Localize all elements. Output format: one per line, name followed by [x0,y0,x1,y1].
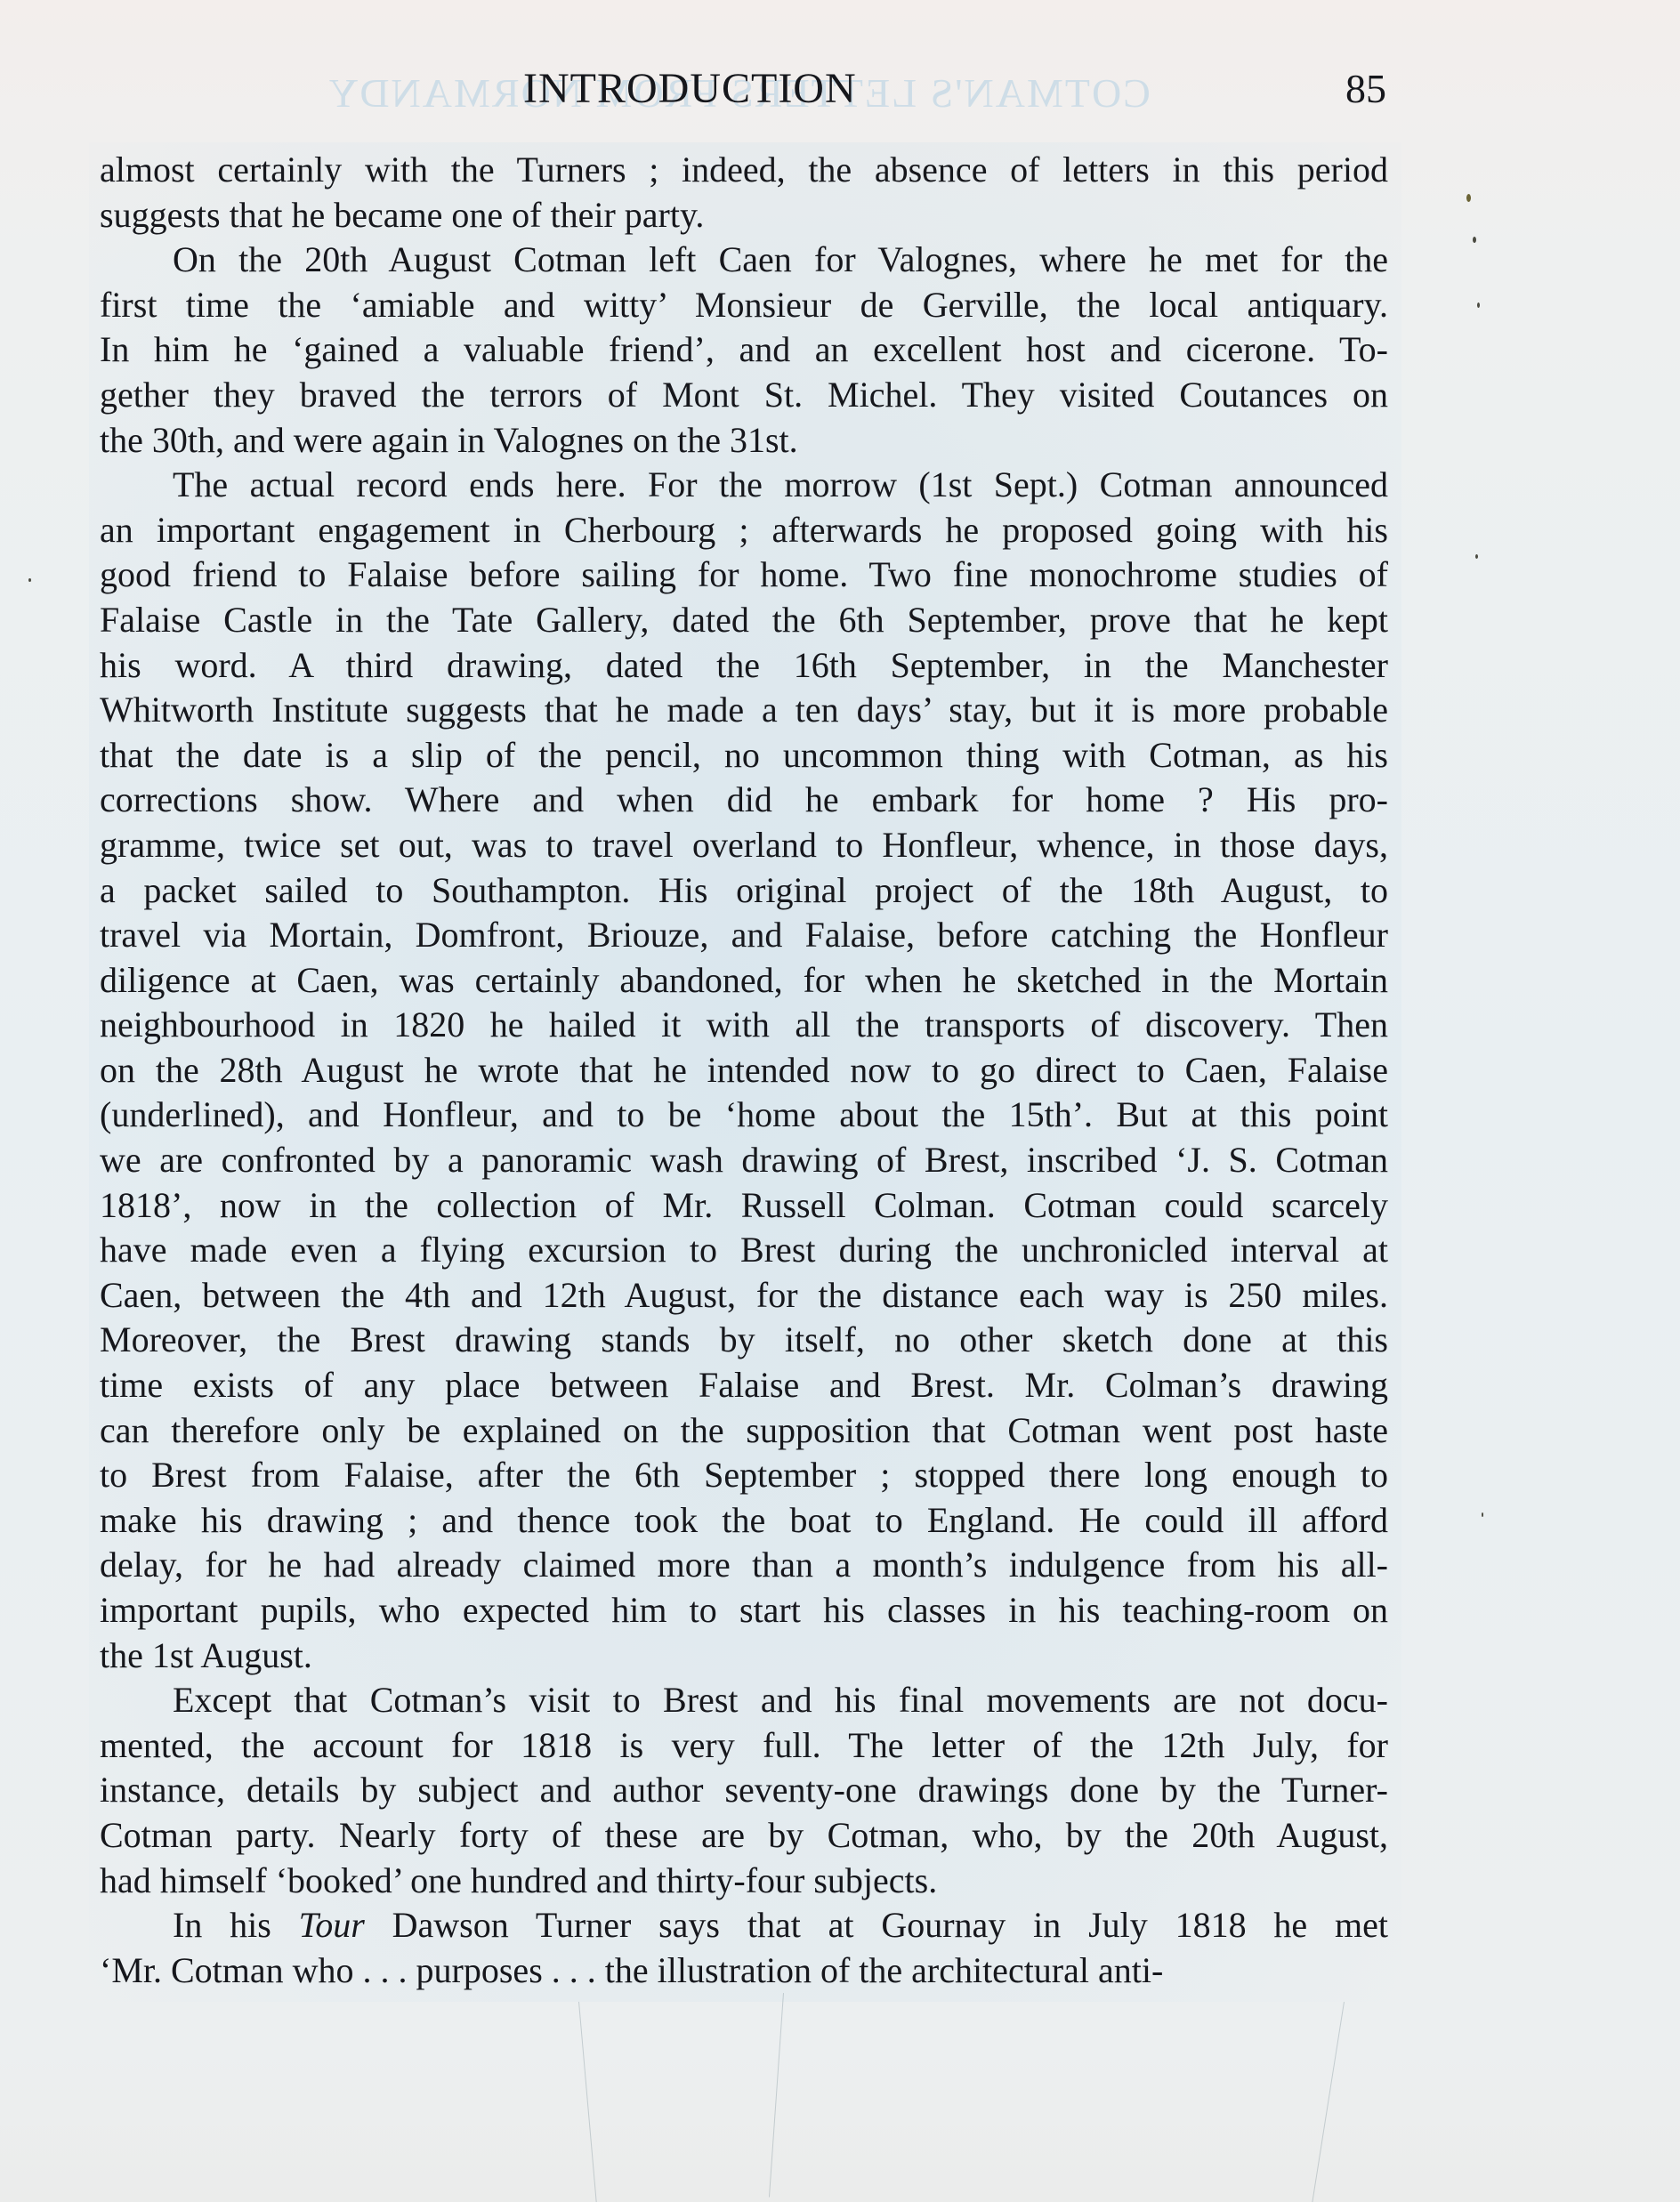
text-line: Whitworth Institute suggests that he mad… [100,688,1388,733]
text-line: neighbourhood in 1820 he hailed it with … [100,1003,1388,1048]
paragraph: The actual record ends here. For the mor… [100,463,1388,1678]
text-line: we are confronted by a panoramic wash dr… [100,1138,1388,1183]
text-line: almost certainly with the Turners ; inde… [100,148,1388,193]
text-line: gether they braved the terrors of Mont S… [100,373,1388,418]
text-line: Except that Cotman’s visit to Brest and … [100,1678,1388,1723]
paragraph: On the 20th August Cotman left Caen for … [100,238,1388,463]
text-line: can therefore only be explained on the s… [100,1408,1388,1454]
paper-speck [1466,194,1471,202]
text-line: Cotman party. Nearly forty of these are … [100,1813,1388,1859]
paper-speck [1475,554,1478,559]
paragraph: almost certainly with the Turners ; inde… [100,148,1388,238]
text-line: an important engagement in Cherbourg ; a… [100,508,1388,553]
text-line: Caen, between the 4th and 12th August, f… [100,1273,1388,1319]
paper-scratch [578,2002,597,2202]
text-line: the 30th, and were again in Valognes on … [100,418,1388,464]
paper-speck [28,578,31,582]
paper-speck [1482,1512,1483,1517]
text-line: had himself ‘booked’ one hundred and thi… [100,1859,1388,1904]
paper-speck [1473,237,1476,243]
italic-title: Tour [299,1905,365,1945]
text-line: The actual record ends here. For the mor… [100,463,1388,508]
text-line: that the date is a slip of the pencil, n… [100,733,1388,778]
text-line: mented, the account for 1818 is very ful… [100,1723,1388,1769]
text-line: to Brest from Falaise, after the 6th Sep… [100,1453,1388,1498]
paper-scratch [1312,2002,1345,2202]
text-line: travel via Mortain, Domfront, Briouze, a… [100,913,1388,958]
page-number: 85 [1345,64,1386,114]
running-head: INTRODUCTION [523,64,857,114]
text-line: on the 28th August he wrote that he inte… [100,1048,1388,1093]
text-line: Falaise Castle in the Tate Gallery, date… [100,598,1388,643]
text-line: have made even a flying excursion to Bre… [100,1228,1388,1273]
text-line: good friend to Falaise before sailing fo… [100,553,1388,598]
text-line: Moreover, the Brest drawing stands by it… [100,1318,1388,1363]
text-line: delay, for he had already claimed more t… [100,1543,1388,1588]
text-line: diligence at Caen, was certainly abandon… [100,958,1388,1004]
text-line: suggests that he became one of their par… [100,193,1388,238]
text-line: make his drawing ; and thence took the b… [100,1498,1388,1544]
paragraph: In his Tour Dawson Turner says that at G… [100,1903,1388,1993]
text-line: a packet sailed to Southampton. His orig… [100,868,1388,914]
text-line: first time the ‘amiable and witty’ Monsi… [100,283,1388,328]
text-line: 1818’, now in the collection of Mr. Russ… [100,1183,1388,1229]
text-line: (underlined), and Honfleur, and to be ‘h… [100,1093,1388,1138]
text-line: his word. A third drawing, dated the 16t… [100,643,1388,689]
text-line: corrections show. Where and when did he … [100,778,1388,823]
paper-speck [1477,302,1480,308]
text-line: important pupils, who expected him to st… [100,1588,1388,1633]
text-line: On the 20th August Cotman left Caen for … [100,238,1388,283]
paper-scratch [769,1993,784,2198]
text-line: In him he ‘gained a valuable friend’, an… [100,327,1388,373]
text-line: instance, details by subject and author … [100,1768,1388,1813]
text-line: ‘Mr. Cotman who . . . purposes . . . the… [100,1948,1388,1994]
text-line: the 1st August. [100,1633,1388,1679]
text-line: time exists of any place between Falaise… [100,1363,1388,1408]
text-line: gramme, twice set out, was to travel ove… [100,823,1388,868]
body-text: almost certainly with the Turners ; inde… [100,148,1388,1993]
paragraph: Except that Cotman’s visit to Brest and … [100,1678,1388,1903]
text-line: In his Tour Dawson Turner says that at G… [100,1903,1388,1948]
